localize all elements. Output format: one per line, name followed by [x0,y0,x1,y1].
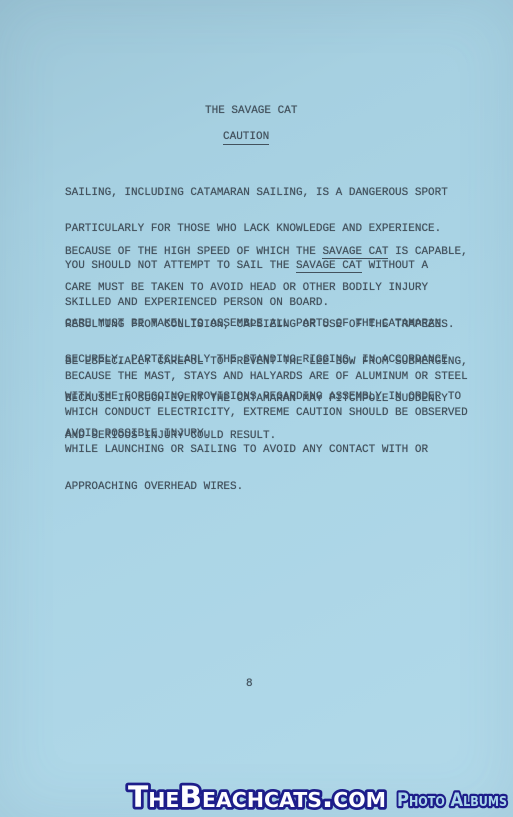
caution-heading: CAUTION [223,131,269,145]
document-line: BECAUSE OF THE HIGH SPEED OF WHICH THE S… [65,246,468,258]
document-line: CARE MUST BE TAKEN TO ASSEMBLE ALL PARTS… [65,318,461,330]
line-segment: BECAUSE OF THE HIGH SPEED OF WHICH THE [65,246,322,258]
document-line: WHILE LAUNCHING OR SAILING TO AVOID ANY … [65,444,468,456]
page-number: 8 [246,678,253,690]
watermark-site-logo: TheBeachcats.com [128,780,386,814]
beachcats-watermark: TheBeachcats.com Photo Albums [0,777,513,817]
document-line: WHICH CONDUCT ELECTRICITY, EXTREME CAUTI… [65,407,468,419]
page-title: THE SAVAGE CAT [205,105,297,117]
scanned-document-page: THE SAVAGE CAT CAUTION SAILING, INCLUDIN… [0,0,513,817]
line-segment: IS CAPABLE, [388,246,467,258]
watermark-photo-albums-label: Photo Albums [397,789,507,811]
document-line: APPROACHING OVERHEAD WIRES. [65,481,468,493]
paragraph-electricity-warning: BECAUSE THE MAST, STAYS AND HALYARDS ARE… [65,346,468,518]
underlined-text: SAVAGE CAT [322,246,388,259]
document-line: SAILING, INCLUDING CATAMARAN SAILING, IS… [65,187,448,199]
document-line: BECAUSE THE MAST, STAYS AND HALYARDS ARE… [65,371,468,383]
